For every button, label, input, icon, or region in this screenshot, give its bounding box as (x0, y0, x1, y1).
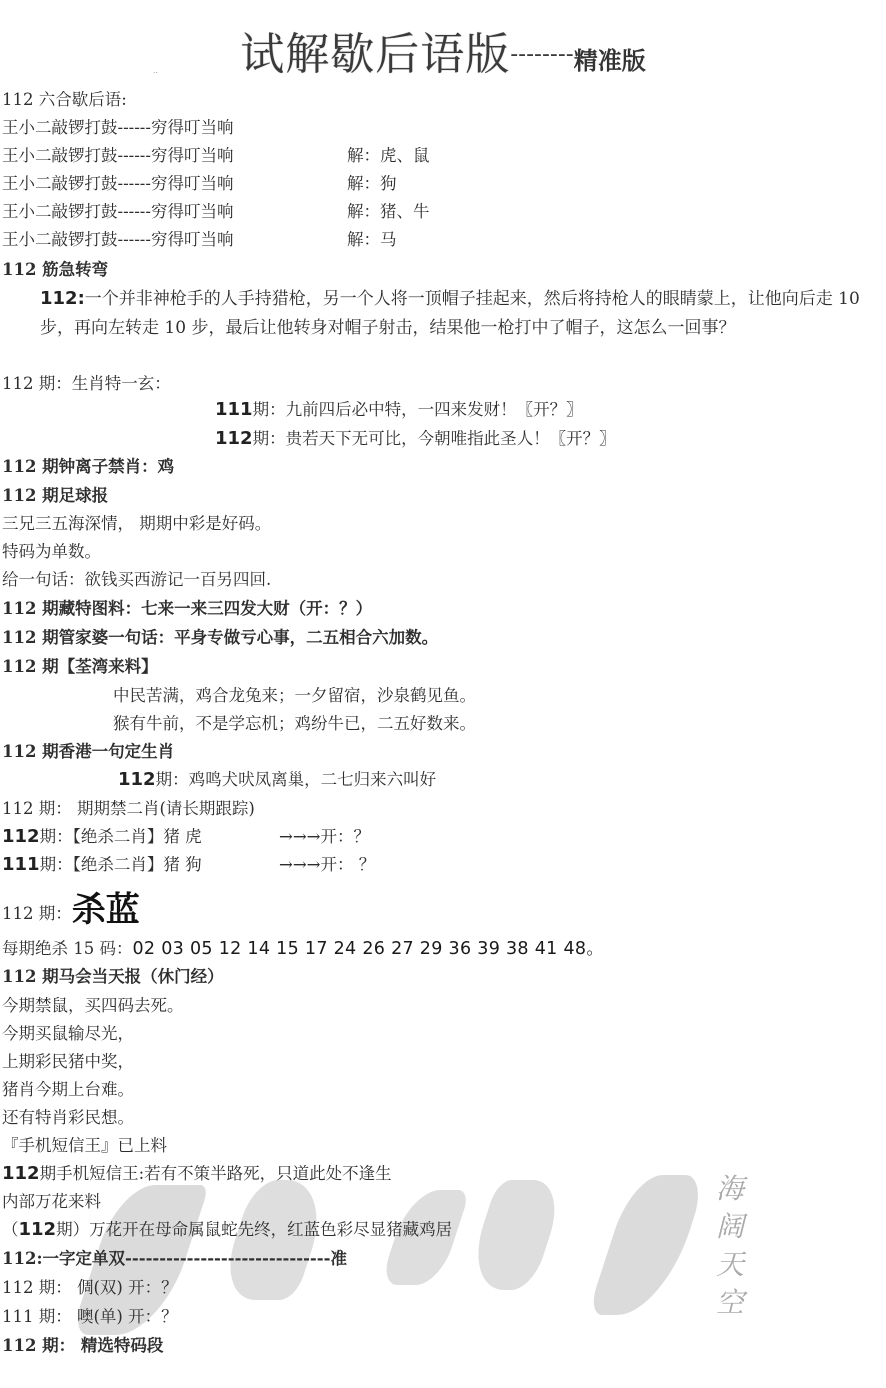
liuhe-answer: 解：猪、牛 (347, 200, 430, 224)
issue-number: 111 (2, 854, 40, 875)
danshuang-line: 112 期： 倜(双) 开：？ (2, 1276, 178, 1300)
zhongli-line: 112 期钟离子禁肖：鸡 (2, 455, 174, 479)
hongkong-heading: 112 期香港一句定生肖 (2, 740, 174, 764)
riddle-heading: 112 筋急转弯 (2, 258, 108, 282)
hongkong-text: 期：鸡鸣犬吠凤离巢，二七归来六叫好 (156, 770, 437, 789)
watermark-char: 阔 (716, 1208, 746, 1246)
liuhe-text: 王小二敲锣打鼓------穷得叮当响 (2, 202, 233, 221)
horse-line: 上期彩民猪中奖， (2, 1050, 134, 1074)
watermark-side-text: 海 阔 天 空 (716, 1170, 746, 1322)
jingxuan-line: 112 期： 精选特码段 (2, 1334, 163, 1358)
liuhe-row: 王小二敲锣打鼓------穷得叮当响 解：猪、牛 (2, 200, 502, 224)
shengxiao-line: 112期：贵若天下无可比，今朝唯指此圣人！〖开？〗 (215, 427, 616, 451)
liuhe-text: 王小二敲锣打鼓------穷得叮当响 (2, 118, 233, 137)
juesha-text: 期：【绝杀二肖】猪 狗 (40, 855, 202, 874)
title-subtitle: 精准版 (574, 47, 646, 75)
football-heading: 112 期足球报 (2, 484, 108, 508)
sms-text: 期手机短信王:若有不策半路死，只道此处不逢生 (40, 1164, 392, 1183)
title-main: 试解歇后语版 (240, 29, 510, 80)
sms-line: 112期手机短信王:若有不策半路死，只道此处不逢生 (2, 1162, 392, 1186)
liuhe-row: 王小二敲锣打鼓------穷得叮当响 解：虎、鼠 (2, 144, 502, 168)
kill-codes-values: 02 03 05 12 14 15 17 24 26 27 29 36 39 3… (133, 939, 605, 959)
jin-er-xiao-line: 112 期： 期期禁二肖(请长期跟踪) (2, 797, 255, 821)
riddle-text: 一个并非神枪手的人手持猎枪，另一个人将一顶帽子挂起来，然后将持枪人的眼睛蒙上，让… (40, 289, 860, 338)
horse-heading: 112 期马会当天报（休门经） (2, 965, 224, 989)
danshuang-heading: 112:一字定单双------------------------------准 (2, 1247, 347, 1271)
liuhe-answer: 解：马 (347, 228, 397, 252)
wanhua-prefix: （ (2, 1220, 19, 1239)
juesha-result: →→→开：？ (279, 825, 370, 849)
shengxiao-heading: 112 期：生肖特一玄： (2, 372, 171, 396)
juesha-result: →→→开： ？ (279, 853, 375, 877)
taiwan-line: 猴有牛前，不是学忘机；鸡纷牛已，二五好数来。 (113, 712, 476, 736)
taiwan-line: 中民苦满，鸡合龙兔来；一夕留宿，沙泉鹤见鱼。 (113, 684, 476, 708)
kill-color-line: 112 期：杀蓝 (2, 890, 140, 934)
shengxiao-text: 期：贵若天下无可比，今朝唯指此圣人！〖开？〗 (253, 429, 616, 448)
issue-number: 112 (2, 1163, 40, 1184)
juesha-text: 期：【绝杀二肖】猪 虎 (40, 827, 202, 846)
stray-dots: .. (153, 66, 158, 75)
riddle-body: 112:一个并非神枪手的人手持猎枪，另一个人将一顶帽子挂起来，然后将持枪人的眼睛… (40, 284, 885, 343)
liuhe-row: 王小二敲锣打鼓------穷得叮当响 解：狗 (2, 172, 502, 196)
issue-number: 112 (118, 769, 156, 790)
issue-number: 112 (2, 826, 40, 847)
page-title: 试解歇后语版--------精准版 (0, 18, 886, 82)
horse-line: 今期禁鼠，买四码去死。 (2, 994, 184, 1018)
wanhua-heading: 内部万花来料 (2, 1190, 101, 1214)
horse-line: 猪肖今期上台难。 (2, 1078, 134, 1102)
liuhe-text: 王小二敲锣打鼓------穷得叮当响 (2, 174, 233, 193)
juesha-line: 111期：【绝杀二肖】猪 狗 →→→开： ？ (2, 853, 202, 877)
horse-line: 还有特肖彩民想。 (2, 1106, 134, 1130)
liuhe-answer: 解：狗 (347, 172, 397, 196)
football-line: 三兄三五海深情， 期期中彩是好码。 (2, 512, 271, 536)
liuhe-row: 王小二敲锣打鼓------穷得叮当响 解：马 (2, 228, 502, 252)
taiwan-heading: 112 期【荃湾来料】 (2, 655, 158, 679)
football-line: 特码为单数。 (2, 540, 101, 564)
watermark-char: 天 (716, 1246, 746, 1284)
kill-color-label: 112 期： (2, 904, 72, 923)
liuhe-text: 王小二敲锣打鼓------穷得叮当响 (2, 230, 233, 249)
riddle-label: 112: (40, 288, 85, 309)
shengxiao-text: 期：九前四后必中特，一四来发财！〖开？〗 (253, 400, 583, 419)
watermark-char: 空 (716, 1284, 746, 1322)
watermark-stroke (587, 1175, 707, 1315)
issue-number: 111 (215, 399, 253, 420)
sms-heading: 『手机短信王』已上料 (2, 1134, 167, 1158)
wanhua-line: （112期）万花开在母命属鼠蛇先终，红蓝色彩尽显猪藏鸡居 (2, 1218, 452, 1242)
cangte-line: 112 期藏特图料：七来一来三四发大财（开：？） (2, 597, 372, 621)
juesha-line: 112期：【绝杀二肖】猪 虎 →→→开：？ (2, 825, 202, 849)
kill-color-value: 杀蓝 (72, 890, 140, 930)
kill-codes-line: 每期绝杀 15 码：02 03 05 12 14 15 17 24 26 27 … (2, 937, 604, 961)
wanhua-text: 期）万花开在母命属鼠蛇先终，红蓝色彩尽显猪藏鸡居 (56, 1220, 452, 1239)
watermark-stroke (462, 1180, 568, 1290)
watermark-char: 海 (716, 1170, 746, 1208)
liuhe-answer: 解：虎、鼠 (347, 144, 430, 168)
kill-codes-label: 每期绝杀 15 码： (2, 939, 133, 958)
hongkong-line: 112期：鸡鸣犬吠凤离巢，二七归来六叫好 (118, 768, 436, 792)
guanjia-line: 112 期管家婆一句话：平身专做亏心事，二五相合六加数。 (2, 626, 438, 650)
liuhe-row: 王小二敲锣打鼓------穷得叮当响 (2, 116, 502, 140)
shengxiao-line: 111期：九前四后必中特，一四来发财！〖开？〗 (215, 398, 583, 422)
issue-number: 112 (19, 1219, 57, 1240)
liuhe-heading: 112 六合歇后语: (2, 88, 127, 112)
issue-number: 112 (215, 428, 253, 449)
danshuang-line: 111 期： 噢(单) 开：？ (2, 1305, 178, 1329)
football-line: 给一句话：欲钱买西游记一百另四回. (2, 568, 271, 592)
horse-line: 今期买鼠输尽光， (2, 1022, 134, 1046)
title-dash: -------- (510, 42, 574, 67)
liuhe-text: 王小二敲锣打鼓------穷得叮当响 (2, 146, 233, 165)
